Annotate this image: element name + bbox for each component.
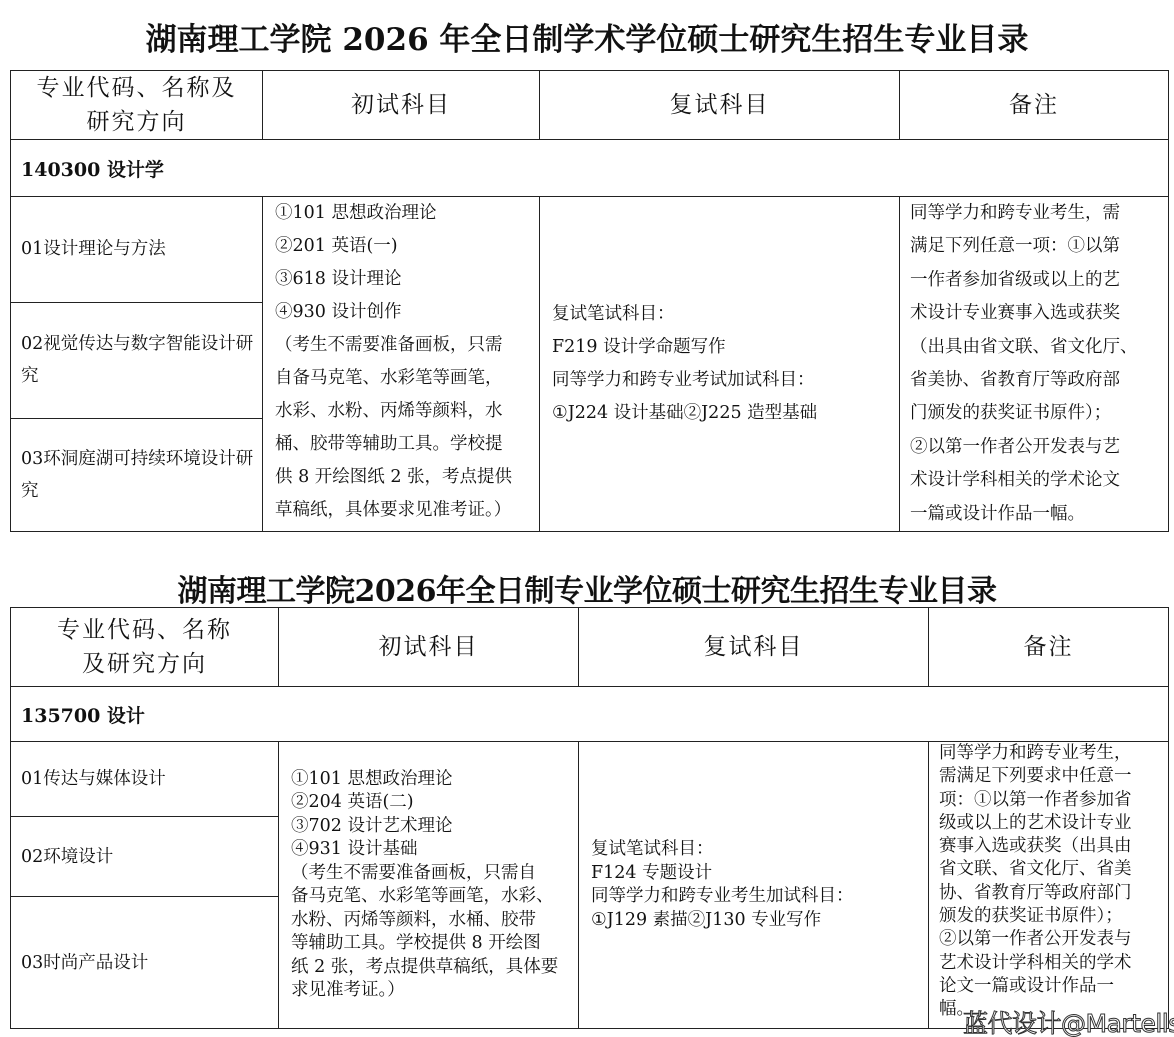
exam-line: 供 8 开绘图纸 2 张，考点提供 <box>275 461 533 494</box>
header-notes: 备注 <box>929 608 1169 687</box>
reexam-line: 复试笔试科目： <box>552 298 899 331</box>
exam-line: （考生不需要准备画板，只需 <box>275 329 533 362</box>
exam-line: ③702 设计艺术理论 <box>291 815 572 839</box>
exam-line: ④931 设计基础 <box>291 838 572 862</box>
header-reexam: 复试科目 <box>579 608 929 687</box>
exam-line: ②204 英语(二) <box>291 791 572 815</box>
note-line: 级或以上的艺术设计专业 <box>939 812 1162 835</box>
note-line: 省文联、省文化厅、省美 <box>939 858 1162 881</box>
reexam-line: 同等学力和跨专业考生加试科目： <box>591 885 928 909</box>
reexam-line: 复试笔试科目： <box>591 838 928 862</box>
exam-line: ①101 思想政治理论 <box>275 197 533 230</box>
note-line: ②以第一作者公开发表与艺 <box>910 431 1162 464</box>
academic-catalog-title: 湖南理工学院 2026 年全日制学术学位硕士研究生招生专业目录 <box>0 14 1174 59</box>
exam-line: 备马克笔、水彩笔等画笔，水彩、 <box>291 885 572 909</box>
notes-cell: 同等学力和跨专业考生，需 满足下列任意一项：①以第 一作者参加省级或以上的艺 术… <box>900 197 1169 532</box>
exam-line: 自备马克笔、水彩笔等画笔， <box>275 362 533 395</box>
reexam-subjects: 复试笔试科目： F219 设计学命题写作 同等学力和跨专业考试加试科目： ①J2… <box>540 197 900 532</box>
major-name: 135700 设计 <box>11 687 1169 742</box>
reexam-subjects: 复试笔试科目： F124 专题设计 同等学力和跨专业考生加试科目： ①J129 … <box>579 742 929 1029</box>
note-line: 艺术设计学科相关的学术 <box>939 952 1162 975</box>
table-row: 01设计理论与方法 ①101 思想政治理论 ②201 英语(一) ③618 设计… <box>11 197 1169 303</box>
header-major-code: 专业代码、名称 及研究方向 <box>11 608 279 687</box>
exam-line: 求见准考证。） <box>291 979 572 1003</box>
note-line: 颁发的获奖证书原件）； <box>939 905 1162 928</box>
note-line: 项：①以第一作者参加省 <box>939 789 1162 812</box>
note-line: 论文一篇或设计作品一 <box>939 975 1162 998</box>
exam-line: ①101 思想政治理论 <box>291 768 572 792</box>
initial-exam-subjects: ①101 思想政治理论 ②204 英语(二) ③702 设计艺术理论 ④931 … <box>279 742 579 1029</box>
professional-catalog-title: 湖南理工学院2026年全日制专业学位硕士研究生招生专业目录 <box>0 566 1174 610</box>
header-line: 研究方向 <box>11 105 262 139</box>
note-line: 同等学力和跨专业考生， <box>939 742 1162 765</box>
note-line: 协、省教育厅等政府部门 <box>939 882 1162 905</box>
initial-exam-subjects: ①101 思想政治理论 ②201 英语(一) ③618 设计理论 ④930 设计… <box>263 197 540 532</box>
exam-line: ②201 英语(一) <box>275 230 533 263</box>
exam-line: 纸 2 张，考点提供草稿纸，具体要 <box>291 956 572 980</box>
reexam-line: 同等学力和跨专业考试加试科目： <box>552 364 899 397</box>
table-header-row: 专业代码、名称 及研究方向 初试科目 复试科目 备注 <box>11 608 1169 687</box>
note-line: 同等学力和跨专业考生，需 <box>910 197 1162 230</box>
direction-02: 02视觉传达与数字智能设计研究 <box>11 302 263 419</box>
watermark: 蓝代设计@Martells <box>963 1004 1174 1037</box>
note-line: （出具由省文联、省文化厅、 <box>910 331 1162 364</box>
direction-03: 03环洞庭湖可持续环境设计研究 <box>11 419 263 532</box>
header-notes: 备注 <box>900 71 1169 140</box>
exam-line: 水彩、水粉、丙烯等颜料，水 <box>275 395 533 428</box>
reexam-line: ①J129 素描②J130 专业写作 <box>591 909 928 933</box>
exam-line: ④930 设计创作 <box>275 296 533 329</box>
exam-line: 桶、胶带等辅助工具。学校提 <box>275 428 533 461</box>
note-line: 需满足下列要求中任意一 <box>939 765 1162 788</box>
direction-01: 01传达与媒体设计 <box>11 742 279 817</box>
reexam-line: F219 设计学命题写作 <box>552 331 899 364</box>
direction-03: 03时尚产品设计 <box>11 897 279 1029</box>
header-reexam: 复试科目 <box>540 71 900 140</box>
header-line: 专业代码、名称及 <box>11 71 262 105</box>
note-line: 一作者参加省级或以上的艺 <box>910 264 1162 297</box>
table-header-row: 专业代码、名称及 研究方向 初试科目 复试科目 备注 <box>11 71 1169 140</box>
note-line: 术设计专业赛事入选或获奖 <box>910 297 1162 330</box>
header-major-code: 专业代码、名称及 研究方向 <box>11 71 263 140</box>
academic-degree-table: 专业代码、名称及 研究方向 初试科目 复试科目 备注 140300 设计学 01… <box>10 70 1169 532</box>
exam-line: 草稿纸，具体要求见准考证。） <box>275 494 533 527</box>
notes-cell: 同等学力和跨专业考生， 需满足下列要求中任意一 项：①以第一作者参加省 级或以上… <box>929 742 1169 1029</box>
major-row: 135700 设计 <box>11 687 1169 742</box>
header-line: 专业代码、名称 <box>11 613 278 647</box>
professional-degree-table: 专业代码、名称 及研究方向 初试科目 复试科目 备注 135700 设计 01传… <box>10 607 1169 1029</box>
header-initial-exam: 初试科目 <box>279 608 579 687</box>
exam-line: 水粉、丙烯等颜料，水桶、胶带 <box>291 909 572 933</box>
header-initial-exam: 初试科目 <box>263 71 540 140</box>
note-line: 省美协、省教育厅等政府部 <box>910 364 1162 397</box>
table-row: 01传达与媒体设计 ①101 思想政治理论 ②204 英语(二) ③702 设计… <box>11 742 1169 817</box>
reexam-line: F124 专题设计 <box>591 862 928 886</box>
exam-line: ③618 设计理论 <box>275 263 533 296</box>
direction-01: 01设计理论与方法 <box>11 197 263 303</box>
major-row: 140300 设计学 <box>11 140 1169 197</box>
exam-line: （考生不需要准备画板，只需自 <box>291 862 572 886</box>
note-line: 门颁发的获奖证书原件）； <box>910 397 1162 430</box>
note-line: ②以第一作者公开发表与 <box>939 928 1162 951</box>
note-line: 术设计学科相关的学术论文 <box>910 464 1162 497</box>
direction-02: 02环境设计 <box>11 817 279 897</box>
note-line: 一篇或设计作品一幅。 <box>910 498 1162 531</box>
note-line: 满足下列任意一项：①以第 <box>910 230 1162 263</box>
header-line: 及研究方向 <box>11 647 278 681</box>
major-name: 140300 设计学 <box>11 140 1169 197</box>
reexam-line: ①J224 设计基础②J225 造型基础 <box>552 397 899 430</box>
exam-line: 等辅助工具。学校提供 8 开绘图 <box>291 932 572 956</box>
note-line: 赛事入选或获奖（出具由 <box>939 835 1162 858</box>
